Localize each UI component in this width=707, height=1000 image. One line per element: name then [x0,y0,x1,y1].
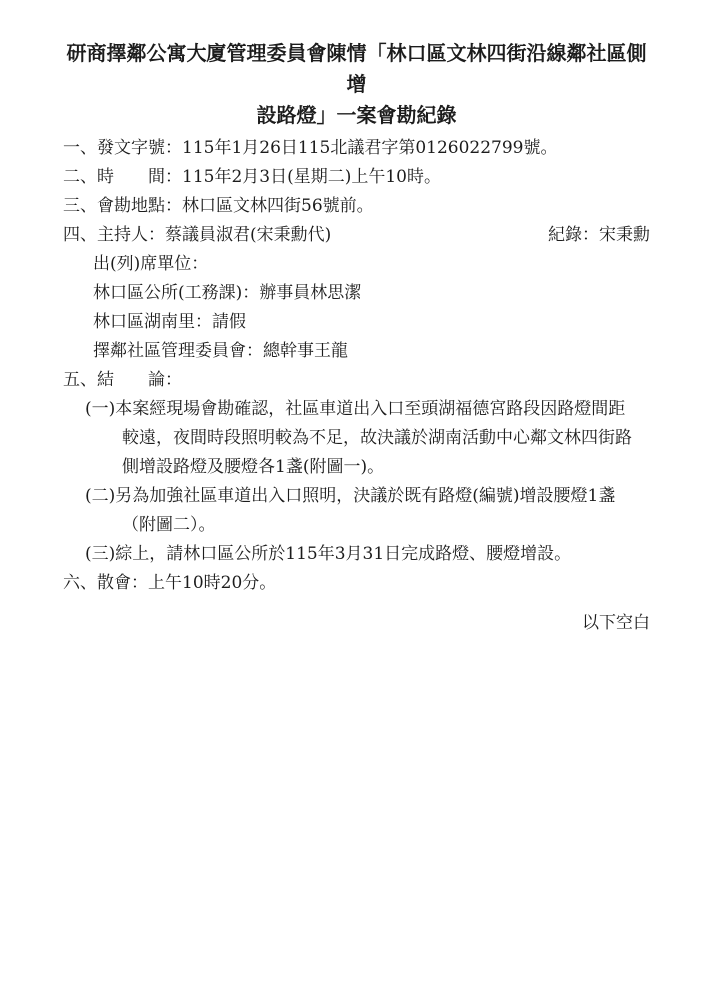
item-conclusion-heading-text: 結 論： [97,370,182,390]
attendee-row-hunan-village: 林口區湖南里：請假 [63,308,650,337]
item-issue-number-text: 發文字號：115年1月26日115北議君字第0126022799號。 [97,138,558,158]
item-chairperson-text: 主持人：蔡議員淑君(宋秉勳代) [97,225,331,245]
document-body: 一、發文字號：115年1月26日115北議君字第0126022799號。 二、時… [63,134,650,638]
conclusion-2-prefix: (二) [85,486,115,506]
conclusion-2-text1: 另為加強社區車道出入口照明，決議於既有路燈(編號)增設腰燈1盞 [115,486,615,506]
conclusion-1-line3: 側增設路燈及腰燈各1盞(附圖一)。 [85,453,650,482]
item-meeting-time: 二、時 間：115年2月3日(星期二)上午10時。 [63,163,650,192]
document-title-line1: 研商擇鄰公寓大廈管理委員會陳情「林口區文林四街沿線鄰社區側增 [63,38,650,100]
conclusion-1: (一)本案經現場會勘確認，社區車道出入口至頭湖福德宮路段因路燈間距 較遠，夜間時… [63,395,650,482]
conclusion-1-line2: 較遠，夜間時段照明較為不足，故決議於湖南活動中心鄰文林四街路 [85,424,650,453]
meeting-minutes-document: 研商擇鄰公寓大廈管理委員會陳情「林口區文林四街沿線鄰社區側增 設路燈」一案會勘紀… [0,0,707,1000]
conclusion-1-prefix: (一) [85,399,115,419]
item-meeting-time-label: 二、 [63,167,97,187]
attendee-row-community-committee: 擇鄰社區管理委員會：總幹事王龍 [63,337,650,366]
item-conclusion-heading-label: 五、 [63,370,97,390]
conclusion-1-text1: 本案經現場會勘確認，社區車道出入口至頭湖福德宮路段因路燈間距 [115,399,625,419]
conclusion-1-line1: (一)本案經現場會勘確認，社區車道出入口至頭湖福德宮路段因路燈間距 [85,395,650,424]
conclusion-2-line1: (二)另為加強社區車道出入口照明，決議於既有路燈(編號)增設腰燈1盞 [85,482,650,511]
item-chairperson: 四、主持人：蔡議員淑君(宋秉勳代) 紀錄：宋秉勳 [63,221,650,250]
item-inspection-location-label: 三、 [63,196,97,216]
conclusion-3-text1: 綜上，請林口區公所於115年3月31日完成路燈、腰燈增設。 [115,544,571,564]
recorder-name: 紀錄：宋秉勳 [548,221,650,250]
item-chairperson-label: 四、 [63,225,97,245]
document-title-line2: 設路燈」一案會勘紀錄 [63,100,650,131]
document-title: 研商擇鄰公寓大廈管理委員會陳情「林口區文林四街沿線鄰社區側增 設路燈」一案會勘紀… [63,38,650,131]
attendees-heading: 出(列)席單位： [63,250,650,279]
conclusion-3: (三)綜上，請林口區公所於115年3月31日完成路燈、腰燈增設。 [63,540,650,569]
attendee-row-public-works: 林口區公所(工務課)：辦事員林思潔 [63,279,650,308]
item-adjournment-text: 散會：上午10時20分。 [97,573,276,593]
item-inspection-location-text: 會勘地點：林口區文林四街56號前。 [97,196,374,216]
item-inspection-location: 三、會勘地點：林口區文林四街56號前。 [63,192,650,221]
conclusion-3-prefix: (三) [85,544,115,564]
below-blank-note: 以下空白 [63,609,650,638]
conclusion-2: (二)另為加強社區車道出入口照明，決議於既有路燈(編號)增設腰燈1盞 （附圖二）… [63,482,650,540]
item-conclusion-heading: 五、結 論： [63,366,650,395]
item-adjournment-label: 六、 [63,573,97,593]
item-meeting-time-text: 時 間：115年2月3日(星期二)上午10時。 [97,167,441,187]
item-adjournment: 六、散會：上午10時20分。 [63,569,650,598]
conclusion-3-line1: (三)綜上，請林口區公所於115年3月31日完成路燈、腰燈增設。 [85,540,650,569]
conclusion-2-line2: （附圖二）。 [85,511,650,540]
item-issue-number-label: 一、 [63,138,97,158]
item-issue-number: 一、發文字號：115年1月26日115北議君字第0126022799號。 [63,134,650,163]
item-chairperson-left: 四、主持人：蔡議員淑君(宋秉勳代) [63,221,331,250]
